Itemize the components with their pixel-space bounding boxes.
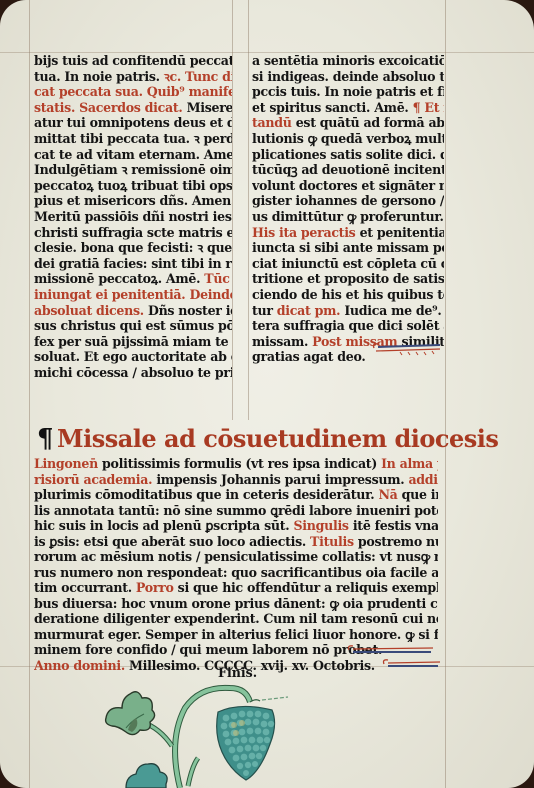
left-column-line: dei gratiā facies: sint tibi in re- — [34, 256, 232, 272]
body-text: et spiritus sancti. Amē. — [252, 100, 413, 115]
rubric-text: ¶ Et no — [413, 100, 444, 115]
body-text: mittat tibi peccata tua. ꝛ perdu — [34, 131, 232, 146]
right-text-column: a sentētia minoris excoicatiōissi indige… — [252, 53, 444, 365]
right-column-line: si indigeas. deinde absoluo te a — [252, 69, 444, 85]
right-column-line: iuncta si sibi ante missam perfi- — [252, 240, 444, 256]
finis-label: Finis. — [218, 665, 257, 680]
left-column-rule — [232, 0, 233, 420]
right-column-rule — [248, 0, 249, 420]
left-margin-rule — [29, 0, 30, 788]
body-text: ciat iniunctū est cōpleta cū con- — [252, 256, 444, 271]
colophon-line: rus numero non respondeat: quo sacrifica… — [34, 565, 438, 581]
body-text: tua. In noie patris. — [34, 69, 164, 84]
colophon-title: ¶Missale ad cōsuetudinem diocesis — [37, 424, 498, 454]
right-column-line: us dimittūtur ꝙ proferuntur. — [252, 209, 444, 225]
body-text: tur — [252, 303, 277, 318]
rubric-text: iniungat ei penitentiā. Deinde — [34, 287, 232, 302]
rubric-text: Anno domini. — [34, 658, 129, 673]
rubric-text: risiorū academia. — [34, 472, 156, 487]
colophon-line: hic suis in locis ad plenū ꝑscripta sūt.… — [34, 518, 438, 534]
colophon-line: deratione diligenter expenderint. Cum ni… — [34, 611, 438, 627]
left-column-line: cat te ad vitam eternam. Amen — [34, 147, 232, 163]
left-column-line: missionē peccatoꝝ. Amē. Tūc — [34, 271, 232, 287]
body-text: rus numero non respondeat: quo sacrifica… — [34, 565, 438, 580]
body-text: si que hic offendūtur a reliquis exempla… — [174, 580, 438, 595]
right-column-line: lutionis ꝙ quedā verboꝝ multi — [252, 131, 444, 147]
left-column-line: clesie. bona que fecisti: ꝛ que per — [34, 240, 232, 256]
body-text: ciendo de his et his quibus tene — [252, 287, 444, 302]
colophon-line: bus diuersa: hoc vnum orone prius dānent… — [34, 596, 438, 612]
colophon-line: murmurat eger. Semper in alterius felici… — [34, 627, 438, 643]
body-text: fex per suā pijssimā miam te ab — [34, 334, 232, 349]
body-text: minem fore confido / qui meum laborem nō… — [34, 642, 382, 657]
right-column-line: gister iohannes de gersono / tuti — [252, 193, 444, 209]
body-text: pius et misericors dñs. Amen. — [34, 193, 232, 208]
right-column-line: ciendo de his et his quibus tene — [252, 287, 444, 303]
colophon-title-text: Missale ad cōsuetudinem diocesis — [57, 424, 498, 453]
right-column-line: tritione et proposito de satisfa- — [252, 271, 444, 287]
body-text: Meritū passiōis dñi nostri iesu — [34, 209, 232, 224]
rubric-text: Porro — [136, 580, 174, 595]
body-text: gister iohannes de gersono / tuti — [252, 193, 444, 208]
rubric-text: dicat pm. — [277, 303, 345, 318]
right-column-line: His ita peractis et penitentia in — [252, 225, 444, 241]
right-column-line: volunt doctores et signāter ma — [252, 178, 444, 194]
right-column-line: plicationes satis solite dici. quā — [252, 147, 444, 163]
right-column-line: tera suffragia que dici solēt āte — [252, 318, 444, 334]
body-text: pccis tuis. In noie patris et filij — [252, 84, 444, 99]
colophon-line: risiorū academia. impensis Johannis paru… — [34, 472, 438, 488]
left-column-line: tua. In noie patris. ꝛc. Tunc di — [34, 69, 232, 85]
right-column-line: tur dicat pm. Iudica me de⁹. ꝛ ce — [252, 303, 444, 319]
rubric-text: Singulis — [293, 518, 348, 533]
body-text: lutionis ꝙ quedā verboꝝ multi — [252, 131, 444, 146]
left-column-line: soluat. Et ego auctoritate ab eo — [34, 349, 232, 365]
left-column-line: iniungat ei penitentiā. Deinde — [34, 287, 232, 303]
body-text: si indigeas. deinde absoluo te a — [252, 69, 444, 84]
body-text: que in il- — [398, 487, 438, 502]
body-text: Indulgētiam ꝛ remissionē oim — [34, 162, 232, 177]
body-text: missam. — [252, 334, 312, 349]
body-text: est quātū ad formā abso- — [296, 115, 444, 130]
colophon-line: rorum ac mēsium notis / pensiculatissime… — [34, 549, 438, 565]
body-text: a sentētia minoris excoicatiōis — [252, 53, 444, 68]
left-column-line: mittat tibi peccata tua. ꝛ perdu — [34, 131, 232, 147]
body-text: tera suffragia que dici solēt āte — [252, 318, 444, 333]
rubric-text: statis. Sacerdos dicat. — [34, 100, 187, 115]
left-column-line: pius et misericors dñs. Amen. — [34, 193, 232, 209]
rubric-text: In alma pa — [381, 456, 438, 471]
body-text: impensis Johannis parui impressum. — [156, 472, 408, 487]
body-text: lis annotata tantū: nō sine summo ꝗrēdi … — [34, 503, 438, 518]
body-text: soluat. Et ego auctoritate ab eo — [34, 349, 232, 364]
body-text: cat te ad vitam eternam. Amen — [34, 147, 232, 162]
rubric-text: Titulis — [310, 534, 354, 549]
body-text: Iudica me de⁹. ꝛ ce — [344, 303, 444, 318]
body-text: murmurat eger. Semper in alterius felici… — [34, 627, 438, 642]
left-column-line: michi cōcessa / absoluo te primo — [34, 365, 232, 381]
body-text: politissimis formulis (vt res ipsa indic… — [102, 456, 381, 471]
body-text: gratias agat deo. — [252, 349, 365, 364]
rubric-text: ꝛc. Tunc di — [164, 69, 232, 84]
body-text: deratione diligenter expenderint. Cum ni… — [34, 611, 438, 626]
body-text: rorum ac mēsium notis / pensiculatissime… — [34, 549, 438, 564]
grape-cluster-icon — [217, 706, 275, 780]
left-column-line: Meritū passiōis dñi nostri iesu — [34, 209, 232, 225]
colophon-line: lis annotata tantū: nō sine summo ꝗrēdi … — [34, 503, 438, 519]
rubric-text: Tūc — [204, 271, 229, 286]
body-text: missionē peccatoꝝ. Amē. — [34, 271, 204, 286]
body-text: plurimis cōmoditatibus que in ceteris de… — [34, 487, 378, 502]
line-filler-flourish-icon — [345, 644, 437, 658]
left-column-line: peccatoꝝ tuoꝝ tribuat tibi ops — [34, 178, 232, 194]
body-text: christi suffragia scte matris ec- — [34, 225, 232, 240]
left-column-line: Indulgētiam ꝛ remissionē oim — [34, 162, 232, 178]
colophon-line: Lingonen̄ politissimis formulis (vt res … — [34, 456, 438, 472]
left-column-line: absoluat dicens. Dñs noster ie- — [34, 303, 232, 319]
body-text: dei gratiā facies: sint tibi in re- — [34, 256, 232, 271]
body-text: us dimittūtur ꝙ proferuntur. — [252, 209, 444, 224]
line-filler-flourish-icon — [370, 340, 442, 358]
manuscript-page: bijs tuis ad confitendū peccatatua. In n… — [0, 0, 534, 788]
colophon-line: plurimis cōmoditatibus que in ceteris de… — [34, 487, 438, 503]
rubric-text: cat peccata sua. Quib⁹ manife- — [34, 84, 232, 99]
body-text: Dñs noster ie- — [148, 303, 232, 318]
left-column-line: atur tui omnipotens deus et di- — [34, 115, 232, 131]
line-filler-flourish-icon — [380, 658, 442, 672]
body-text: hic suis in locis ad plenū ꝑscripta sūt. — [34, 518, 293, 533]
rubric-text: Lingonen̄ — [34, 456, 102, 471]
right-column-line: a sentētia minoris excoicatiōis — [252, 53, 444, 69]
body-text: iuncta si sibi ante missam perfi- — [252, 240, 444, 255]
body-text: Misere — [187, 100, 232, 115]
right-column-line: tandū est quātū ad formā abso- — [252, 115, 444, 131]
rubric-text: absoluat dicens. — [34, 303, 148, 318]
right-margin-rule — [445, 0, 446, 788]
body-text: peccatoꝝ tuoꝝ tribuat tibi ops — [34, 178, 232, 193]
rubric-text: Nā — [378, 487, 397, 502]
body-text: atur tui omnipotens deus et di- — [34, 115, 232, 130]
right-column-line: tūcūqꝫ ad deuotionē incitent. vt — [252, 162, 444, 178]
left-text-column: bijs tuis ad confitendū peccatatua. In n… — [34, 53, 232, 380]
body-text: plicationes satis solite dici. quā — [252, 147, 444, 162]
body-text: is ꝑsis: etsi que aberāt suo loco adiect… — [34, 534, 310, 549]
right-column-line: ciat iniunctū est cōpleta cū con- — [252, 256, 444, 272]
body-text: bus diuersa: hoc vnum orone prius dānent… — [34, 596, 438, 611]
body-text: michi cōcessa / absoluo te primo — [34, 365, 232, 380]
body-text: tritione et proposito de satisfa- — [252, 271, 444, 286]
body-text: sus christus qui est sūmus pōti- — [34, 318, 232, 333]
left-column-line: bijs tuis ad confitendū peccata — [34, 53, 232, 69]
left-column-line: statis. Sacerdos dicat. Misere — [34, 100, 232, 116]
body-text: itē festis vna cū su — [349, 518, 438, 533]
pilcrow-initial: ¶ — [37, 424, 53, 454]
rubric-text: His ita peractis — [252, 225, 360, 240]
body-text: clesie. bona que fecisti: ꝛ que per — [34, 240, 232, 255]
colophon-body: Lingonen̄ politissimis formulis (vt res … — [34, 456, 438, 673]
left-column-line: christi suffragia scte matris ec- — [34, 225, 232, 241]
left-column-line: cat peccata sua. Quib⁹ manife- — [34, 84, 232, 100]
rubric-text: additis — [408, 472, 438, 487]
body-text: postremo nume- — [354, 534, 438, 549]
right-column-line: pccis tuis. In noie patris et filij — [252, 84, 444, 100]
rubric-text: tandū — [252, 115, 296, 130]
left-column-line: fex per suā pijssimā miam te ab — [34, 334, 232, 350]
body-text: bijs tuis ad confitendū peccata — [34, 53, 232, 68]
grapevine-icon — [100, 680, 300, 788]
colophon-line: tim occurrant. Porro si que hic offendūt… — [34, 580, 438, 596]
body-text: tim occurrant. — [34, 580, 136, 595]
right-column-line: et spiritus sancti. Amē. ¶ Et no — [252, 100, 444, 116]
colophon-line: is ꝑsis: etsi que aberāt suo loco adiect… — [34, 534, 438, 550]
body-text: tūcūqꝫ ad deuotionē incitent. vt — [252, 162, 444, 177]
body-text: et penitentia in — [360, 225, 444, 240]
left-column-line: sus christus qui est sūmus pōti- — [34, 318, 232, 334]
body-text: volunt doctores et signāter ma — [252, 178, 444, 193]
